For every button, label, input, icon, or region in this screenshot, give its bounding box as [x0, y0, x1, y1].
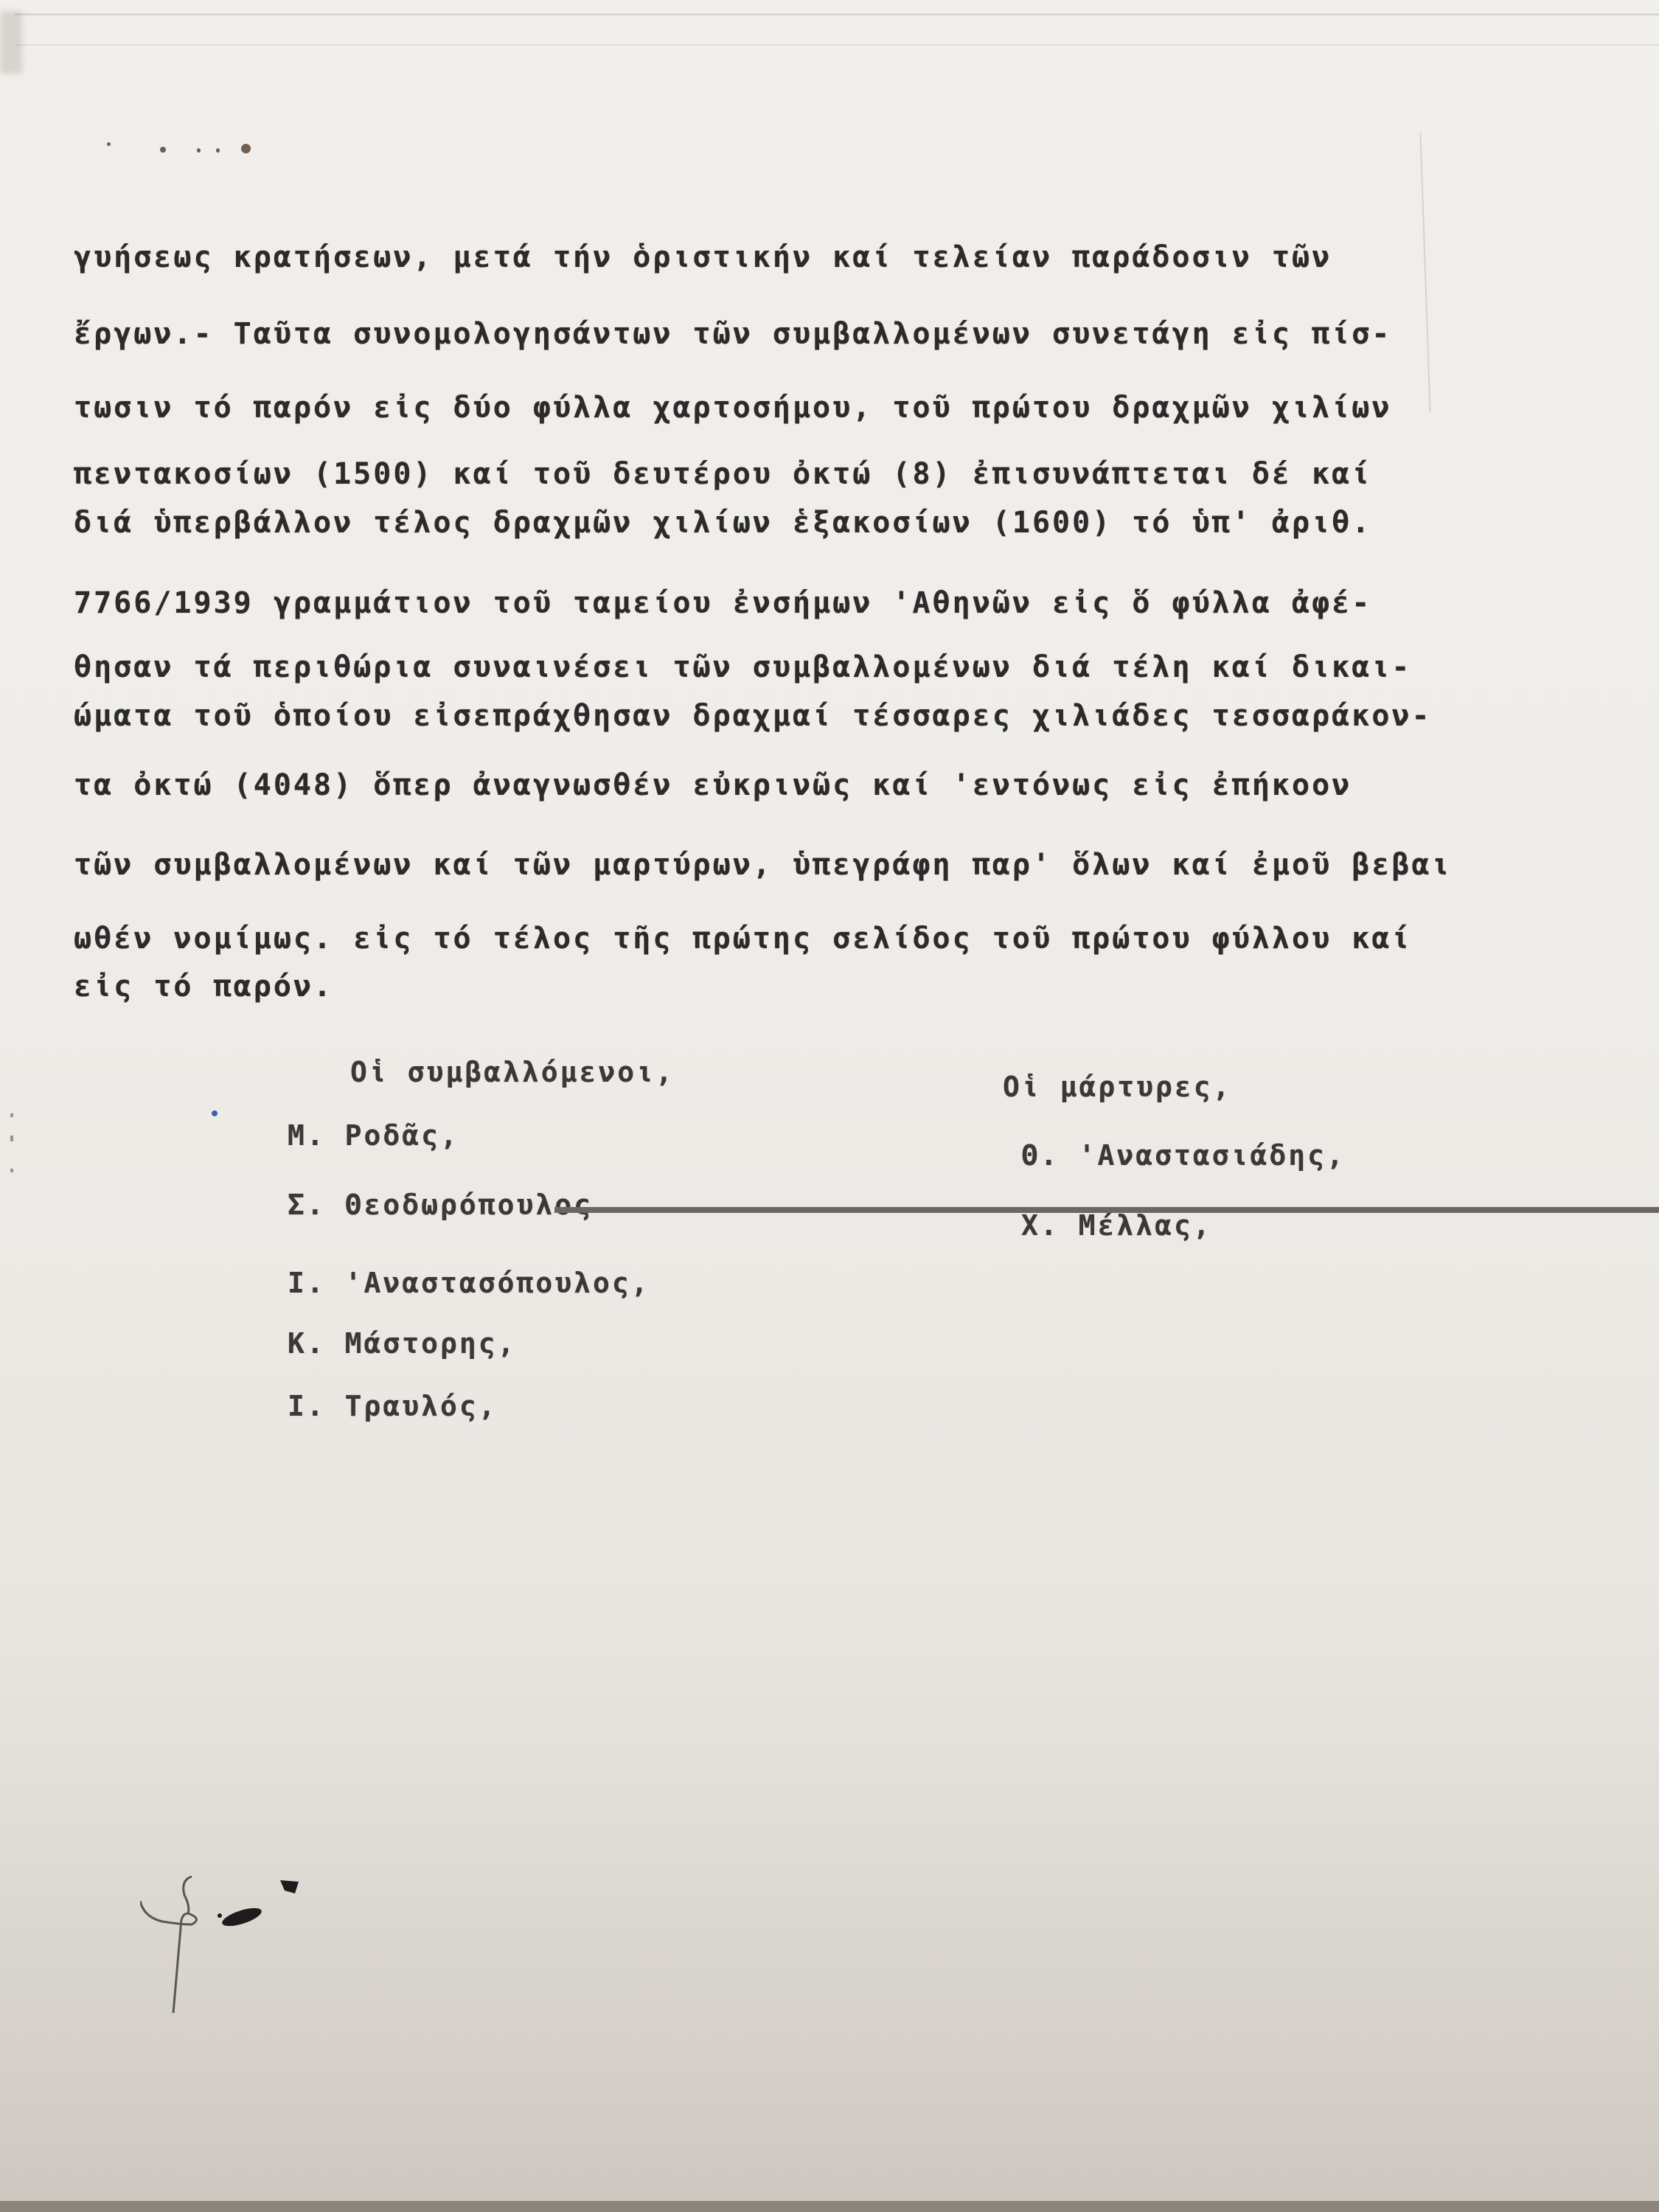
body-line: ἔργων.- Ταῦτα συνομολογησάντων τῶν συμβα…	[74, 317, 1391, 351]
body-line: θησαν τά περιθώρια συναινέσει τῶν συμβαλ…	[74, 650, 1412, 684]
bottom-edge-bar	[0, 2201, 1659, 2212]
body-line: πεντακοσίων (1500) καί τοῦ δευτέρου ὀκτώ…	[74, 457, 1371, 491]
body-line: ωθέν νομίμως. εἰς τό τέλος τῆς πρώτης σε…	[74, 922, 1412, 956]
party-name: Ι. 'Αναστασόπουλος,	[288, 1267, 650, 1299]
corner-smudge	[0, 11, 22, 74]
witness-name: Θ. 'Αναστασιάδης,	[1021, 1139, 1346, 1172]
body-line: τα ὀκτώ (4048) ὅπερ ἀναγνωσθέν εὐκρινῶς …	[74, 768, 1352, 802]
paper-fold-top	[15, 13, 1659, 15]
blue-ink-dot	[212, 1110, 218, 1116]
body-line: διά ὑπερβάλλον τέλος δραχμῶν χιλίων ἑξακ…	[74, 506, 1371, 540]
body-line: τωσιν τό παρόν εἰς δύο φύλλα χαρτοσήμου,…	[74, 391, 1391, 425]
party-name: Κ. Μάστορης,	[288, 1327, 517, 1360]
body-line: τῶν συμβαλλομένων καί τῶν μαρτύρων, ὑπεγ…	[74, 848, 1452, 882]
body-line: 7766/1939 γραμμάτιον τοῦ ταμείου ἐνσήμων…	[74, 586, 1371, 620]
party-name: Σ. Θεοδωρόπουλος	[288, 1189, 593, 1221]
body-line: γυήσεως κρατήσεων, μετά τήν ὁριστικήν κα…	[74, 240, 1332, 274]
witness-name: Χ. Μέλλας,	[1021, 1209, 1212, 1242]
parties-heading: Οἱ συμβαλλόμενοι,	[350, 1056, 675, 1088]
paper-fold-top-secondary	[15, 44, 1659, 46]
body-line: εἰς τό παρόν.	[74, 970, 333, 1004]
horizontal-rule-line	[554, 1207, 1659, 1213]
handwritten-initial-mark	[140, 1873, 361, 2023]
witnesses-heading: Οἱ μάρτυρες,	[1003, 1071, 1232, 1103]
party-name: Ι. Τραυλός,	[288, 1390, 498, 1422]
body-line: ώματα τοῦ ὁποίου εἰσεπράχθησαν δραχμαί τ…	[74, 699, 1432, 733]
party-name: Μ. Ροδᾶς,	[288, 1119, 459, 1152]
